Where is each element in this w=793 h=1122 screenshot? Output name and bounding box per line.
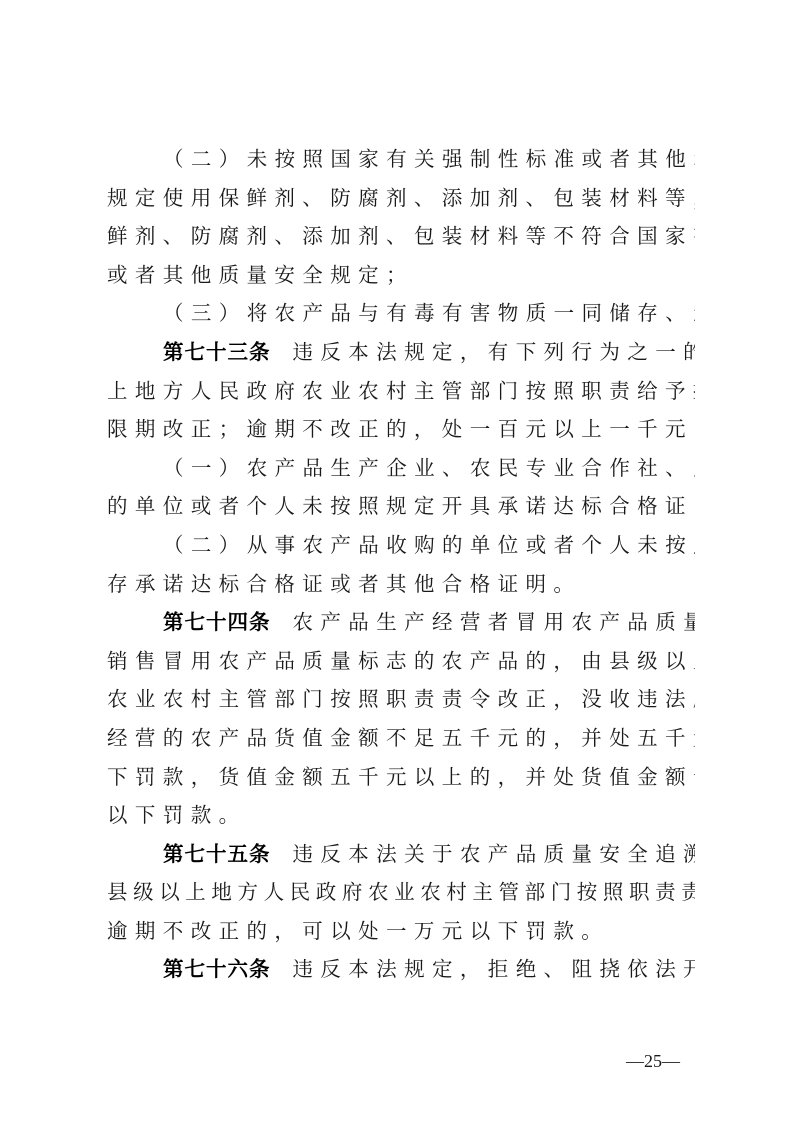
- text-line: 规定使用保鲜剂、防腐剂、添加剂、包装材料等，或者使用的保: [107, 179, 695, 218]
- line-text: （二）未按照国家有关强制性标准或者其他农产品质量安全: [163, 147, 695, 171]
- article-73-heading-line: 第七十三条违反本法规定，有下列行为之一的，由县级以: [107, 333, 695, 372]
- line-text: 规定使用保鲜剂、防腐剂、添加剂、包装材料等，或者使用的保: [107, 186, 695, 210]
- line-text: 限期改正；逾期不改正的，处一百元以上一千元以下罚款：: [107, 417, 695, 441]
- article-number: 第七十五条: [163, 842, 271, 866]
- line-text: 违反本法规定，拒绝、阻挠依法开展的农产品: [293, 957, 696, 981]
- text-line: 鲜剂、防腐剂、添加剂、包装材料等不符合国家有关强制性标准: [107, 217, 695, 256]
- text-line: 经营的农产品货值金额不足五千元的，并处五千元以上五万元以: [107, 719, 695, 758]
- line-text: 销售冒用农产品质量标志的农产品的，由县级以上地方人民政府: [107, 649, 695, 673]
- article-76-heading-line: 第七十六条违反本法规定，拒绝、阻挠依法开展的农产品: [107, 950, 695, 989]
- line-text: （一）农产品生产企业、农民专业合作社、从事农产品收购: [163, 456, 695, 480]
- line-text: 农业农村主管部门按照职责责令改正，没收违法所得；违法生产: [107, 687, 695, 711]
- line-text: 下罚款，货值金额五千元以上的，并处货值金额十倍以上二十倍: [107, 765, 695, 789]
- line-text: 上地方人民政府农业农村主管部门按照职责给予批评教育，责令: [107, 379, 695, 403]
- text-line: 以下罚款。: [107, 796, 695, 835]
- text-line: （二）未按照国家有关强制性标准或者其他农产品质量安全: [107, 140, 695, 179]
- line-text: 经营的农产品货值金额不足五千元的，并处五千元以上五万元以: [107, 726, 695, 750]
- text-line: 上地方人民政府农业农村主管部门按照职责给予批评教育，责令: [107, 372, 695, 411]
- text-line: 逾期不改正的，可以处一万元以下罚款。: [107, 912, 695, 951]
- line-text: （二）从事农产品收购的单位或者个人未按照规定收取、保: [163, 533, 695, 557]
- line-text: 违反本法关于农产品质量安全追溯规定的，由: [293, 842, 696, 866]
- line-text: 的单位或者个人未按照规定开具承诺达标合格证；: [107, 494, 695, 518]
- text-line: 销售冒用农产品质量标志的农产品的，由县级以上地方人民政府: [107, 642, 695, 681]
- document-body: （二）未按照国家有关强制性标准或者其他农产品质量安全 规定使用保鲜剂、防腐剂、添…: [107, 140, 695, 989]
- line-text: 逾期不改正的，可以处一万元以下罚款。: [107, 919, 609, 943]
- article-75-heading-line: 第七十五条违反本法关于农产品质量安全追溯规定的，由: [107, 835, 695, 874]
- line-text: 或者其他质量安全规定；: [107, 263, 414, 287]
- line-text: 农产品生产经营者冒用农产品质量标志，或者: [293, 610, 696, 634]
- article-number: 第七十三条: [163, 340, 271, 364]
- line-text: 以下罚款。: [107, 803, 247, 827]
- text-line: 或者其他质量安全规定；: [107, 256, 695, 295]
- article-number: 第七十六条: [163, 957, 271, 981]
- article-74-heading-line: 第七十四条农产品生产经营者冒用农产品质量标志，或者: [107, 603, 695, 642]
- text-line: 农业农村主管部门按照职责责令改正，没收违法所得；违法生产: [107, 680, 695, 719]
- line-text: （三）将农产品与有毒有害物质一同储存、运输。: [163, 301, 695, 325]
- page-number: —25—: [626, 1051, 680, 1072]
- line-text: 鲜剂、防腐剂、添加剂、包装材料等不符合国家有关强制性标准: [107, 224, 695, 248]
- line-text: 县级以上地方人民政府农业农村主管部门按照职责责令限期改正；: [107, 880, 695, 904]
- text-line: （二）从事农产品收购的单位或者个人未按照规定收取、保: [107, 526, 695, 565]
- line-text: 违反本法规定，有下列行为之一的，由县级以: [293, 340, 696, 364]
- text-line: （三）将农产品与有毒有害物质一同储存、运输。: [107, 294, 695, 333]
- text-line: 存承诺达标合格证或者其他合格证明。: [107, 565, 695, 604]
- text-line: 限期改正；逾期不改正的，处一百元以上一千元以下罚款：: [107, 410, 695, 449]
- text-line: 下罚款，货值金额五千元以上的，并处货值金额十倍以上二十倍: [107, 758, 695, 797]
- article-number: 第七十四条: [163, 610, 271, 634]
- text-line: （一）农产品生产企业、农民专业合作社、从事农产品收购: [107, 449, 695, 488]
- line-text: 存承诺达标合格证或者其他合格证明。: [107, 572, 581, 596]
- text-line: 的单位或者个人未按照规定开具承诺达标合格证；: [107, 487, 695, 526]
- text-line: 县级以上地方人民政府农业农村主管部门按照职责责令限期改正；: [107, 873, 695, 912]
